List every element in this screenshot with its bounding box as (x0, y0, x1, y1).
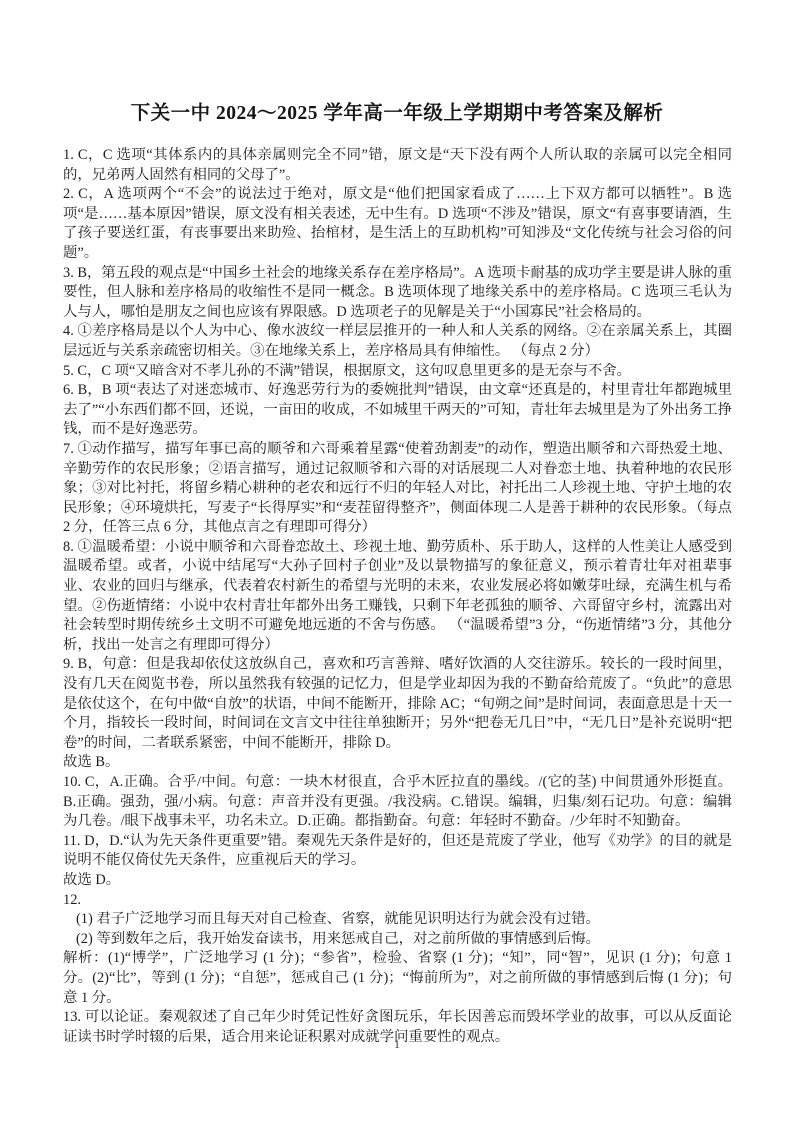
answer-8: 8. ①温暖希望：小说中顺爷和六哥眷恋故土、珍视土地、勤劳质朴、乐于助人，这样的… (63, 538, 732, 656)
answer-10: 10. C，A.正确。合乎/中间。句意：一块木材很直，合乎木匠拉直的墨线。/(它… (63, 773, 732, 832)
answer-12-part2: (2) 等到数年之后，我开始发奋读书，用来惩戒自己，对之前所做的事情感到后悔。 (63, 930, 732, 950)
answer-4: 4. ①差序格局是以个人为中心、像水波纹一样层层推开的一种人和人关系的网络。②在… (63, 322, 732, 361)
document-page: 下关一中 2024～2025 学年高一年级上学期期中考答案及解析 1. C，C … (0, 0, 794, 1122)
answer-2: 2. C，A 选项两个“不会”的说法过于绝对，原文是“他们把国家看成了……上下双… (63, 185, 732, 263)
answer-9: 9. B，句意：但是我却依仗这放纵自己，喜欢和巧言善辩、嗜好饮酒的人交往游乐。较… (63, 655, 732, 753)
answer-1: 1. C，C 选项“其体系内的具体亲属则完全不同”错，原文是“天下没有两个人所认… (63, 146, 732, 185)
page-title: 下关一中 2024～2025 学年高一年级上学期期中考答案及解析 (0, 0, 794, 125)
answer-9-conclusion: 故选 B。 (63, 753, 732, 773)
answer-11-conclusion: 故选 D。 (63, 871, 732, 891)
answer-6: 6. B，B 项“表达了对迷恋城市、好逸恶劳行为的委婉批判”错误，由文章“还真是… (63, 381, 732, 440)
page-number: 1 (0, 1037, 794, 1052)
answer-5: 5. C，C 项“又暗含对不孝儿孙的不满”错误，根据原文，这句叹息里更多的是无奈… (63, 362, 732, 382)
answer-12-label: 12. (63, 891, 732, 911)
answer-12-analysis: 解析：(1)“博学”，广泛地学习 (1 分)；“参省”，检验、省察 (1 分)；… (63, 949, 732, 1008)
answer-7: 7. ①动作描写，描写年事已高的顺爷和六哥乘着星露“使着劲割麦”的动作，塑造出顺… (63, 440, 732, 538)
answer-12-part1: (1) 君子广泛地学习而且每天对自己检查、省察，就能见识明达行为就会没有过错。 (63, 910, 732, 930)
answer-key-body: 1. C，C 选项“其体系内的具体亲属则完全不同”错，原文是“天下没有两个人所认… (63, 146, 732, 1047)
answer-3: 3. B，第五段的观点是“中国乡土社会的地缘关系存在差序格局”。A 选项卡耐基的… (63, 264, 732, 323)
answer-11: 11. D，D.“认为先天条件更重要”错。秦观先天条件是好的，但还是荒废了学业，… (63, 832, 732, 871)
